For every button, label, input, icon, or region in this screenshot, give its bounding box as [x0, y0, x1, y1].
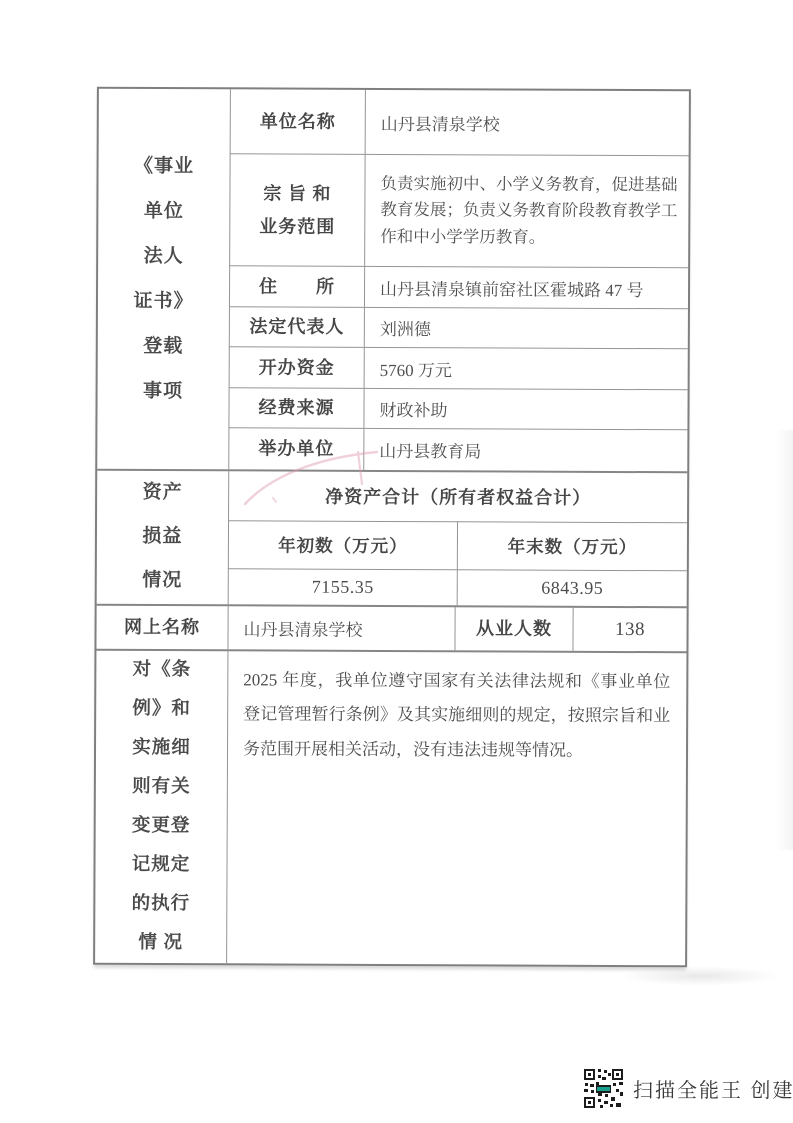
unit-name-label: 单位名称: [230, 89, 365, 154]
purpose-scope-label: 宗 旨 和 业务范围: [229, 153, 364, 266]
qr-code-icon: [583, 1068, 624, 1109]
compliance-section-header: 对《条 例》和 实施细 则有关 变更登 记规定 的执行 情 况: [95, 651, 227, 964]
scan-shadow-bottom: [620, 966, 780, 986]
opening-funds-label: 开办资金: [229, 346, 364, 388]
begin-of-year-header: 年初数（万元）: [228, 520, 457, 569]
legal-representative-value: 刘洲德: [364, 307, 688, 348]
net-assets-title: 净资产合计（所有者权益合计）: [228, 471, 687, 522]
unit-name-value: 山丹县清泉学校: [365, 90, 689, 155]
address-value: 山丹县清泉镇前窑社区霍城路 47 号: [364, 266, 688, 308]
compliance-statement: 2025 年度，我单位遵守国家有关法律法规和《事业单位登记管理暂行条例》及其实施…: [226, 651, 686, 965]
registration-table: 《事业 单位 法人 证书》 登载 事项 单位名称 山丹县清泉学校 宗 旨 和 业…: [93, 87, 691, 968]
online-name-label: 网上名称: [96, 606, 227, 649]
scanner-watermark: 扫描全能王 创建: [583, 1067, 793, 1109]
staff-count-value: 138: [572, 608, 686, 651]
assets-section-header: 资产 损益 情况: [97, 470, 229, 604]
funding-source-value: 财政补助: [363, 388, 687, 429]
sponsor-unit-value: 山丹县教育局: [363, 428, 687, 471]
end-of-year-value: 6843.95: [457, 569, 687, 607]
assets-section: 资产 损益 情况 净资产合计（所有者权益合计） 年初数（万元） 年末数（万元） …: [97, 468, 688, 606]
opening-funds-value: 5760 万元: [364, 347, 688, 389]
begin-of-year-value: 7155.35: [228, 568, 457, 606]
certificate-items-section: 《事业 单位 法人 证书》 登载 事项 单位名称 山丹县清泉学校 宗 旨 和 业…: [97, 89, 689, 471]
online-name-section: 网上名称 山丹县清泉学校 从业人数 138: [96, 604, 686, 651]
certificate-items-header: 《事业 单位 法人 证书》 登载 事项: [97, 89, 230, 469]
legal-representative-label: 法定代表人: [229, 306, 364, 347]
address-label: 住 所: [229, 265, 364, 307]
end-of-year-header: 年末数（万元）: [457, 521, 687, 570]
online-name-value: 山丹县清泉学校: [227, 607, 454, 651]
compliance-section: 对《条 例》和 实施细 则有关 变更登 记规定 的执行 情 况 2025 年度，…: [95, 649, 686, 966]
funding-source-label: 经费来源: [228, 387, 363, 428]
scanner-watermark-text: 扫描全能王 创建: [633, 1074, 793, 1103]
purpose-scope-value: 负责实施初中、小学义务教育，促进基础教育发展；负责义务教育阶段教育教学工作和中小…: [364, 154, 688, 267]
scanned-document-page: 《事业 单位 法人 证书》 登载 事项 单位名称 山丹县清泉学校 宗 旨 和 业…: [0, 0, 793, 1123]
staff-count-label: 从业人数: [454, 608, 572, 651]
scan-shade-right-edge: [776, 430, 793, 850]
sponsor-unit-label: 举办单位: [228, 427, 363, 469]
